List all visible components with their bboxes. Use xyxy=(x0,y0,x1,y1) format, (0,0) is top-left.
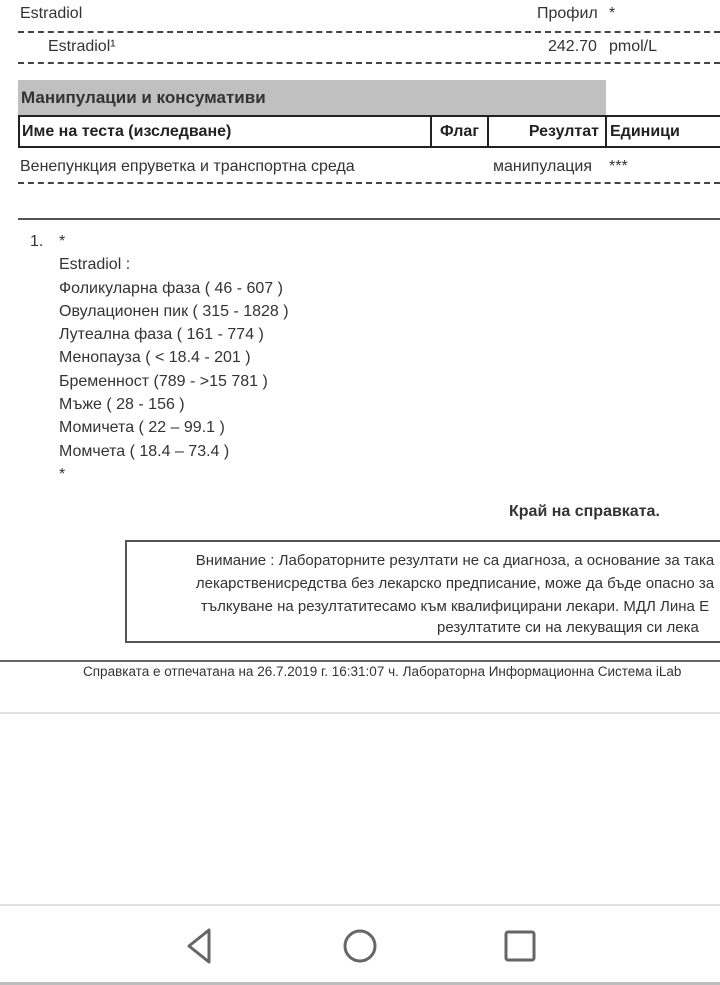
table-header: Име на теста (изследване) Флаг Резултат … xyxy=(18,115,720,148)
result-value: 242.70 xyxy=(548,37,597,57)
reference-range-line: Момчета ( 18.4 – 73.4 ) xyxy=(59,440,289,463)
note-number: 1. xyxy=(30,230,43,253)
row-test-name: Венепункция епруветка и транспортна сред… xyxy=(20,157,355,177)
reference-range-line: Лутеална фаза ( 161 - 774 ) xyxy=(59,323,289,346)
profile-label: Профил xyxy=(537,4,598,24)
column-header-result: Резултат xyxy=(489,117,607,146)
home-button[interactable] xyxy=(338,924,382,968)
reference-range-line: * xyxy=(59,463,289,486)
dashed-divider xyxy=(18,62,720,64)
dashed-divider xyxy=(18,182,720,184)
page-end-divider xyxy=(0,712,720,714)
reference-ranges-list: *Estradiol :Фоликуларна фаза ( 46 - 607 … xyxy=(59,230,289,486)
profile-test-name: Estradiol xyxy=(20,4,82,24)
row-result: манипулация xyxy=(493,157,592,177)
back-button[interactable] xyxy=(178,924,222,968)
reference-range-line: Момичета ( 22 – 99.1 ) xyxy=(59,416,289,439)
disclaimer-line: резултатите си на лекуващия си лека xyxy=(127,618,720,638)
result-units: pmol/L xyxy=(609,37,657,57)
dashed-divider xyxy=(18,31,720,33)
recents-square-icon xyxy=(500,926,540,966)
back-triangle-icon xyxy=(183,926,217,966)
reference-range-line: * xyxy=(59,230,289,253)
disclaimer-line: тълкуване на резултатитесамо към квалифи… xyxy=(155,597,720,617)
printed-timestamp: Справката е отпечатана на 26.7.2019 г. 1… xyxy=(83,663,681,681)
reference-range-line: Бременност (789 - >15 781 ) xyxy=(59,370,289,393)
reference-range-line: Менопауза ( < 18.4 - 201 ) xyxy=(59,346,289,369)
row-units: *** xyxy=(609,157,628,177)
disclaimer-box: Внимание : Лабораторните резултати не са… xyxy=(125,540,720,643)
disclaimer-line: лекарственисредства без лекарско предпис… xyxy=(155,574,720,594)
section-title: Манипулации и консумативи xyxy=(21,88,266,108)
reference-range-line: Estradiol : xyxy=(59,253,289,276)
end-of-report-label: Край на справката. xyxy=(509,503,660,521)
section-divider xyxy=(18,218,720,220)
home-circle-icon xyxy=(340,926,380,966)
profile-mark: * xyxy=(609,4,615,24)
result-test-name: Estradiol¹ xyxy=(48,37,116,57)
column-header-units: Единици xyxy=(607,117,720,146)
reference-range-line: Овулационен пик ( 315 - 1828 ) xyxy=(59,300,289,323)
navigation-bar xyxy=(0,906,720,985)
recents-button[interactable] xyxy=(498,924,542,968)
footer-divider xyxy=(0,660,720,662)
reference-range-line: Фоликуларна фаза ( 46 - 607 ) xyxy=(59,277,289,300)
column-header-name: Име на теста (изследване) xyxy=(20,117,432,146)
section-header-manipulations: Манипулации и консумативи xyxy=(18,80,606,115)
disclaimer-line: Внимание : Лабораторните резултати не са… xyxy=(155,551,720,571)
reference-range-line: Мъже ( 28 - 156 ) xyxy=(59,393,289,416)
column-header-flag: Флаг xyxy=(432,117,489,146)
